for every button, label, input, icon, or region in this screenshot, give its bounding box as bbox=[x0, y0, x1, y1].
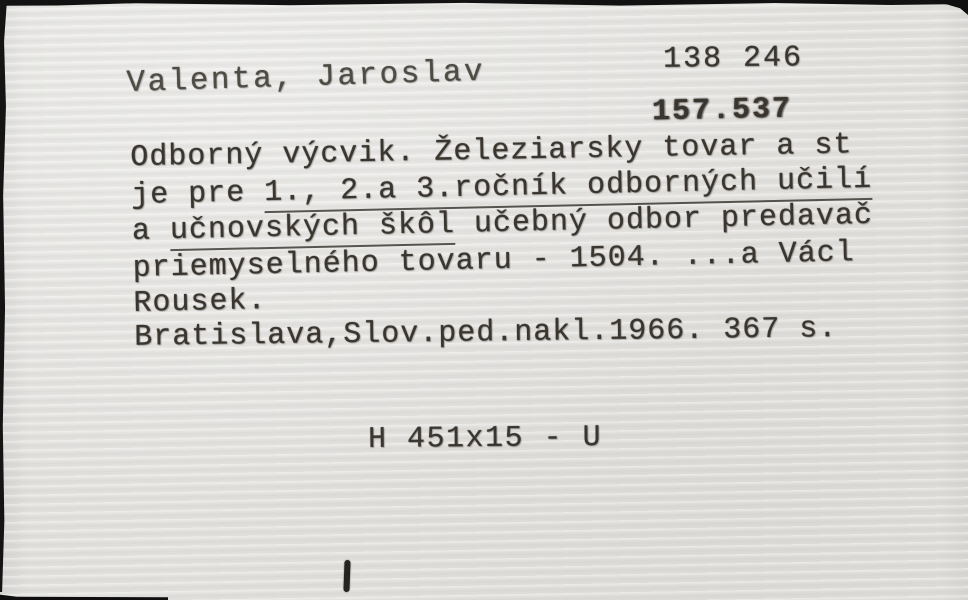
scan-edge-left bbox=[0, 0, 7, 592]
typed-text: a bbox=[132, 214, 171, 249]
typed-text: Rousek. bbox=[133, 284, 267, 321]
author-heading: Valenta, Jaroslav bbox=[126, 55, 486, 101]
card-body-text: Odborný výcvik. Železiarsky tovar a stje… bbox=[130, 123, 968, 358]
typed-text: je pre bbox=[131, 176, 265, 213]
classification-number: 157.537 bbox=[652, 93, 793, 130]
scan-edge-top bbox=[0, 0, 968, 8]
accession-number: 138 246 bbox=[663, 41, 803, 76]
scan-edge-bottom-left bbox=[0, 594, 168, 600]
pen-mark bbox=[343, 560, 350, 592]
typed-text: Bratislava,Slov.ped.nakl.1966. 367 s. bbox=[134, 312, 837, 355]
catalog-card: Valenta, Jaroslav 138 246 157.537 Odborn… bbox=[0, 0, 968, 600]
shelf-code: H 451x15 - U bbox=[368, 421, 602, 457]
scan-edge-top-right bbox=[932, 0, 968, 15]
